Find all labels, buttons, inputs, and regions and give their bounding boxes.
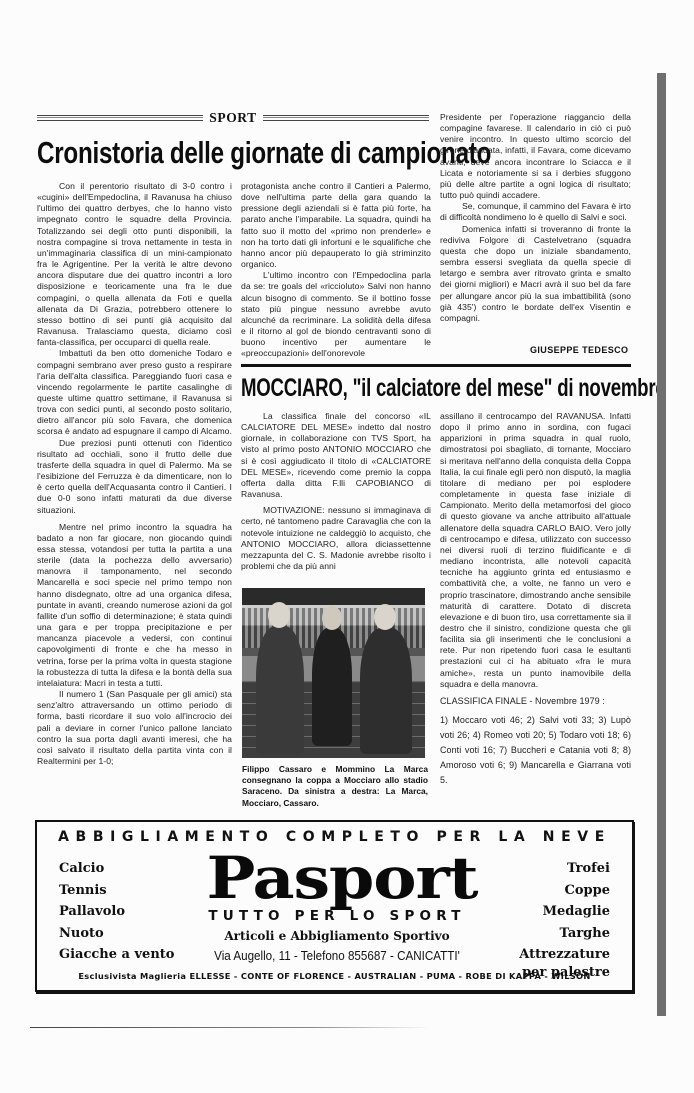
paragraph: Due preziosi punti ottenuti con l'identi…	[37, 438, 232, 516]
photo-figure-left	[256, 626, 304, 754]
section-label: SPORT	[209, 110, 257, 126]
paragraph: L'ultimo incontro con l'Empedoclina parl…	[241, 270, 431, 359]
ad-item: Calcio	[59, 858, 174, 880]
paragraph: Imbattuti da ben otto domeniche Todaro e…	[37, 348, 232, 437]
section-rule-right	[263, 115, 429, 121]
paragraph: Se, comunque, il cammino del Favara è ir…	[440, 201, 631, 223]
paragraph: Mentre nel primo incontro la squadra ha …	[37, 522, 232, 689]
article1-headline: Cronistoria delle giornate di campionato	[37, 135, 491, 171]
ad-address: Via Augello, 11 - Telefono 855687 - CANI…	[198, 949, 477, 963]
paragraph: Il numero 1 (San Pasquale per gli amici)…	[37, 689, 232, 767]
photo-caption: Filippo Cassaro e Mommino La Marca conse…	[242, 764, 428, 809]
standings-title: CLASSIFICA FINALE - Novembre 1979 :	[440, 696, 631, 707]
ad-item: Targhe	[519, 923, 610, 945]
byline: GIUSEPPE TEDESCO	[530, 345, 628, 355]
ad-item: Pallavolo	[59, 901, 174, 923]
photo-head-left	[268, 602, 290, 628]
ad-item: Tennis	[59, 880, 174, 902]
photo-figure-right	[360, 628, 412, 754]
ad-item: Giacche a vento	[59, 944, 174, 966]
article-divider	[241, 364, 631, 367]
article1-column-1: Con il perentorio risultato di 3-0 contr…	[37, 181, 232, 767]
page-bottom-rule	[30, 1027, 430, 1028]
article1-column-2: protagonista anche contro il Cantieri a …	[241, 181, 431, 360]
ad-right-list: Trofei Coppe Medaglie Targhe Attrezzatur…	[519, 858, 610, 982]
paragraph: MOTIVAZIONE: nessuno si immaginava di ce…	[241, 505, 431, 572]
standings-list: 1) Moccaro voti 46; 2) Salvi voti 33; 3)…	[440, 713, 631, 788]
article1-column-3: Presidente per l'operazione riaggancio d…	[440, 112, 631, 324]
section-header: SPORT	[37, 111, 429, 125]
paragraph: protagonista anche contro il Cantieri a …	[241, 181, 431, 270]
paragraph: Con il perentorio risultato di 3-0 contr…	[37, 181, 232, 348]
ad-left-list: Calcio Tennis Pallavolo Nuoto Giacche a …	[59, 858, 174, 966]
photo-head-right	[374, 604, 396, 630]
ad-brand-logo: Pasport	[180, 844, 505, 912]
article2-column-2: assillano il centrocampo del RAVANUSA. I…	[440, 411, 631, 788]
ad-item: Medaglie	[519, 901, 610, 923]
paragraph: Domenica infatti si troveranno di fronte…	[440, 224, 631, 324]
section-rule-left	[37, 115, 203, 121]
article2-column-1: La classifica finale del concorso «IL CA…	[241, 411, 431, 572]
advertisement: ABBIGLIAMENTO COMPLETO PER LA NEVE Calci…	[35, 820, 634, 992]
ad-item: Attrezzature	[519, 944, 610, 966]
paragraph: Presidente per l'operazione riaggancio d…	[440, 112, 631, 201]
article2-headline: MOCCIARO, "il calciatore del mese" di no…	[241, 374, 665, 403]
photo-head-center	[322, 606, 342, 630]
ad-item: Coppe	[519, 880, 610, 902]
ad-top-banner: ABBIGLIAMENTO COMPLETO PER LA NEVE	[37, 829, 632, 845]
ad-item: Nuoto	[59, 923, 174, 945]
paragraph: La classifica finale del concorso «IL CA…	[241, 411, 431, 500]
ad-subline: Articoli e Abbigliamento Sportivo	[187, 929, 487, 943]
photo-figure-center	[312, 628, 352, 746]
ad-item: Trofei	[519, 858, 610, 880]
paragraph: assillano il centrocampo del RAVANUSA. I…	[440, 411, 631, 690]
award-photo	[242, 588, 425, 758]
ad-brands-line: Esclusivista Maglieria ELLESSE - CONTE O…	[37, 971, 632, 981]
ad-tagline: TUTTO PER LO SPORT	[187, 908, 487, 924]
page-binding-edge	[657, 73, 666, 1016]
